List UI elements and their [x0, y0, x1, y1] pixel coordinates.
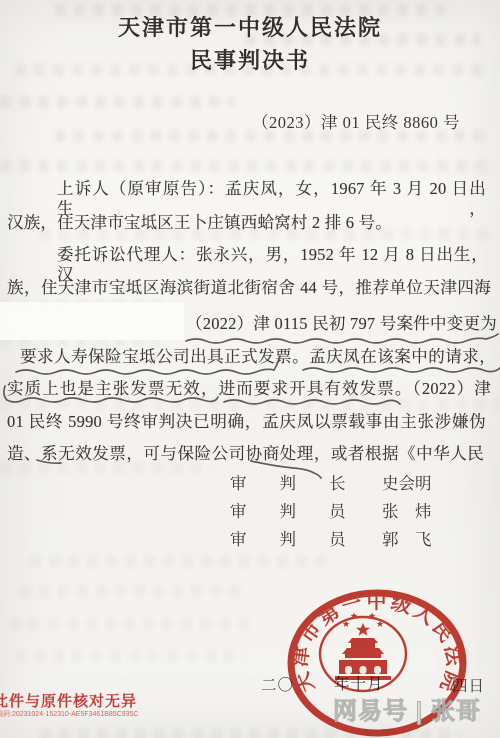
judgment-document-page: 天津市第一中级人民法院 民事判决书 （2023）津 01 民终 8860 号 上… [0, 0, 500, 738]
body-text-line: 01 民终 5990 号终审判决已明确，孟庆凤以票载事由主张涉嫌伪 [7, 412, 486, 432]
watermark: 网易号 | 张哥 [333, 691, 481, 726]
court-name-title: 天津市第一中级人民法院 [0, 11, 500, 42]
verification-stamp-text: 此件与原件核对无异 [0, 690, 137, 711]
body-text-line: 族，住天津市宝坻区海滨街道北街宿舍 44 号，推荐单位天津四海 [7, 278, 491, 298]
case-number: （2023）津 01 民终 8860 号 [252, 109, 460, 133]
body-text-line: 要求人寿保险宝坻公司出具正式发票。孟庆凤在该案中的请求， [20, 347, 496, 367]
redaction-patch [0, 302, 184, 340]
judge-role: 审 判 员 [230, 526, 346, 550]
judge-role: 审 判 员 [230, 498, 346, 522]
judge-name: 张 炜 [382, 498, 432, 522]
body-text-line: 造、系无效发票，可与保险公司协商处理，或者根据《中华人民 [7, 444, 484, 464]
judge-name: 史会明 [382, 470, 432, 494]
body-text-line: （2022）津 0115 民初 797 号案件中变更为 [186, 314, 497, 334]
verification-code: 编码:20231024-152310-AE5F3461B85C935C [0, 709, 138, 719]
judge-name: 郭 飞 [382, 526, 432, 550]
body-text-line: 汉族，住天津市宝坻区王卜庄镇西蛤窝村 2 排 6 号。 [7, 213, 486, 233]
body-text-line: 实质上也是主张发票无效，进而要求开具有效发票。（2022）津 [7, 379, 491, 399]
judge-role: 审 判 长 [230, 470, 346, 494]
document-type-title: 民事判决书 [0, 44, 500, 75]
